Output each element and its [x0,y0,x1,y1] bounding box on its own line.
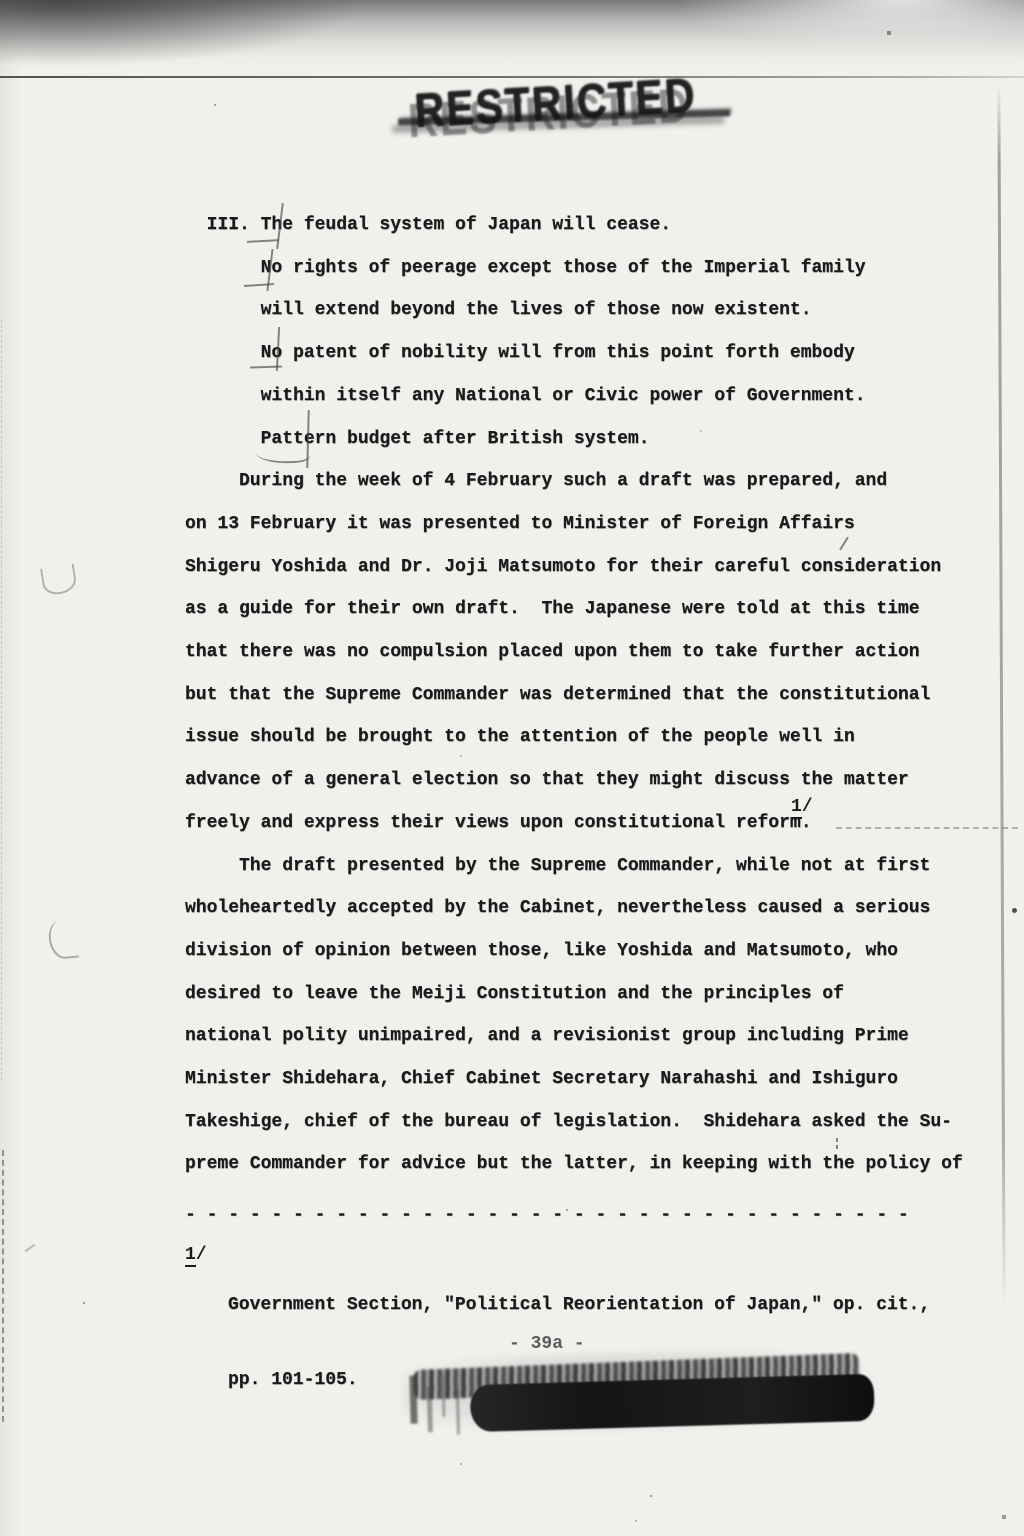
pencil-margin-mark-upper [40,564,78,597]
typed-line: issue should be brought to the attention… [185,716,963,759]
typed-line: The draft presented by the Supreme Comma… [185,845,963,888]
footnote-line-1: Government Section, "Political Reorienta… [228,1293,930,1318]
typed-line: Minister Shidehara, Chief Cabinet Secret… [185,1058,963,1101]
pencil-colon-mark [836,1138,838,1142]
scan-artifact-right-edge [997,86,1005,1312]
obliterated-stamp [411,1348,893,1443]
footnote-ref-slash: / [802,797,813,817]
typed-line: During the week of 4 February such a dra… [185,460,963,503]
margin-dot [1012,908,1017,913]
typed-line: III. The feudal system of Japan will cea… [185,204,963,247]
footnote-reference-superscript: 1/ [791,797,813,817]
scan-artifact-left-edge-faint [1,320,2,1080]
typed-line: advance of a general election so that th… [185,759,963,802]
footnote-marker: 1/ [185,1243,228,1443]
footnote-separator-dashes: - - - - - - - - - - - - - - - - - - - - … [185,1202,909,1228]
typed-line: will extend beyond the lives of those no… [185,289,963,332]
scan-specks [0,0,2,2]
restricted-stamp-text: RESTRICTED [413,68,698,139]
footnote-marker-slash: / [196,1245,207,1265]
pencil-line-after-reform [836,827,1018,829]
typed-line: wholeheartedly accepted by the Cabinet, … [185,887,963,930]
typed-line: national polity unimpaired, and a revisi… [185,1015,963,1058]
typed-line: No patent of nobility will from this poi… [185,332,963,375]
pencil-tiny-slash [25,1244,36,1253]
typed-lines: III. The feudal system of Japan will cea… [185,204,963,1186]
footnote-ref-number: 1 [791,797,802,819]
typed-line: Shigeru Yoshida and Dr. Joji Matsumoto f… [185,546,963,589]
typed-line: that there was no compulsion placed upon… [185,631,963,674]
stamp-ink-drips [409,1376,417,1424]
typed-line: within itself any National or Civic powe… [185,375,963,418]
typed-line: division of opinion between those, like … [185,930,963,973]
typed-line: No rights of peerage except those of the… [185,247,963,290]
typed-line: Takeshige, chief of the bureau of legisl… [185,1101,963,1144]
scan-artifact-left-edge [2,1150,4,1422]
typed-line: preme Commander for advice but the latte… [185,1143,963,1186]
typed-line: but that the Supreme Commander was deter… [185,674,963,717]
scanned-document-page: RESTRICTED III. The feudal system of Jap… [0,0,1024,1536]
pencil-margin-mark-lower [47,919,79,961]
typed-line: freely and express their views upon cons… [185,802,963,845]
typed-line: desired to leave the Meiji Constitution … [185,973,963,1016]
footnote-marker-number: 1 [185,1245,196,1267]
typed-line: as a guide for their own draft. The Japa… [185,588,963,631]
